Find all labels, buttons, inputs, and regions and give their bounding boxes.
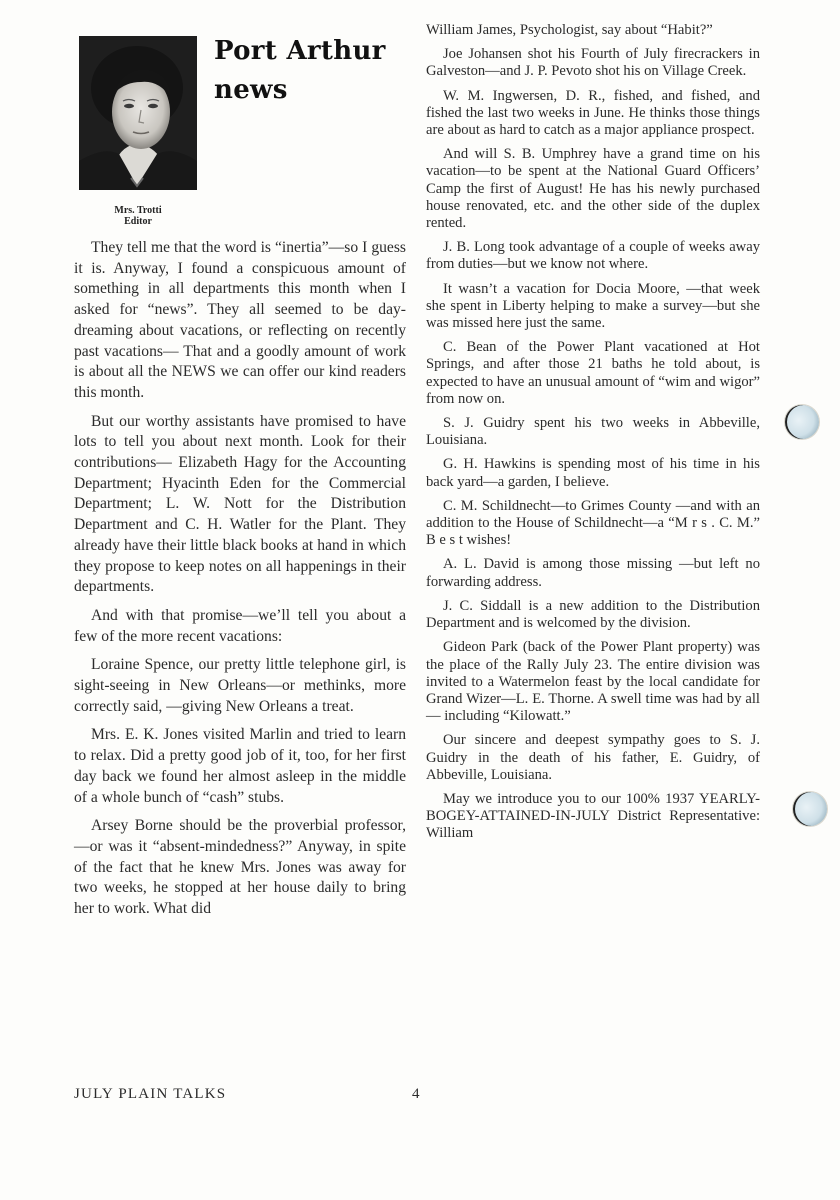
paragraph: It wasn’t a vacation for Docia Moore, —t… xyxy=(426,281,760,333)
magazine-page: Mrs. Trotti Editor Port Arthur news They… xyxy=(0,0,840,1200)
binder-hole-icon xyxy=(793,792,827,826)
publication-footer: JULY PLAIN TALKS xyxy=(74,1086,226,1103)
continued-paragraph: William James, Psychologist, say about “… xyxy=(426,22,760,39)
title-line-1: Port Arthur xyxy=(214,30,386,72)
binder-hole-icon xyxy=(785,405,819,439)
paragraph: And with that promise—we’ll tell you abo… xyxy=(74,606,406,647)
paragraph: C. M. Schildnecht—to Grimes County —and … xyxy=(426,498,760,550)
left-column: They tell me that the word is “inertia”—… xyxy=(74,238,406,928)
editor-name: Mrs. Trotti xyxy=(79,205,197,216)
title-line-2: news xyxy=(214,69,386,111)
paragraph: J. B. Long took advantage of a couple of… xyxy=(426,239,760,273)
photo-caption: Mrs. Trotti Editor xyxy=(79,205,197,227)
paragraph: Gideon Park (back of the Power Plant pro… xyxy=(426,639,760,725)
paragraph: Loraine Spence, our pretty little teleph… xyxy=(74,655,406,717)
portrait-image xyxy=(79,36,197,190)
article-title: Port Arthur news xyxy=(214,30,386,111)
paragraph: A. L. David is among those missing —but … xyxy=(426,556,760,590)
paragraph: G. H. Hawkins is spending most of his ti… xyxy=(426,456,760,490)
editor-photo xyxy=(79,36,197,190)
paragraph: May we introduce you to our 100% 1937 YE… xyxy=(426,791,760,843)
paragraph: But our worthy assistants have promised … xyxy=(74,412,406,598)
paragraph: Arsey Borne should be the proverbial pro… xyxy=(74,816,406,920)
paragraph: Joe Johansen shot his Fourth of July fir… xyxy=(426,46,760,80)
paragraph: Our sincere and deepest sympathy goes to… xyxy=(426,732,760,784)
paragraph: They tell me that the word is “inertia”—… xyxy=(74,238,406,404)
paragraph: Mrs. E. K. Jones visited Marlin and trie… xyxy=(74,725,406,808)
paragraph: C. Bean of the Power Plant vacationed at… xyxy=(426,339,760,408)
paragraph: W. M. Ingwersen, D. R., fished, and fish… xyxy=(426,88,760,140)
page-number: 4 xyxy=(412,1086,420,1103)
paragraph: And will S. B. Umphrey have a grand time… xyxy=(426,146,760,232)
editor-role: Editor xyxy=(79,216,197,227)
paragraph: S. J. Guidry spent his two weeks in Abbe… xyxy=(426,415,760,449)
paragraph: J. C. Siddall is a new addition to the D… xyxy=(426,598,760,632)
right-column: William James, Psychologist, say about “… xyxy=(426,22,760,850)
